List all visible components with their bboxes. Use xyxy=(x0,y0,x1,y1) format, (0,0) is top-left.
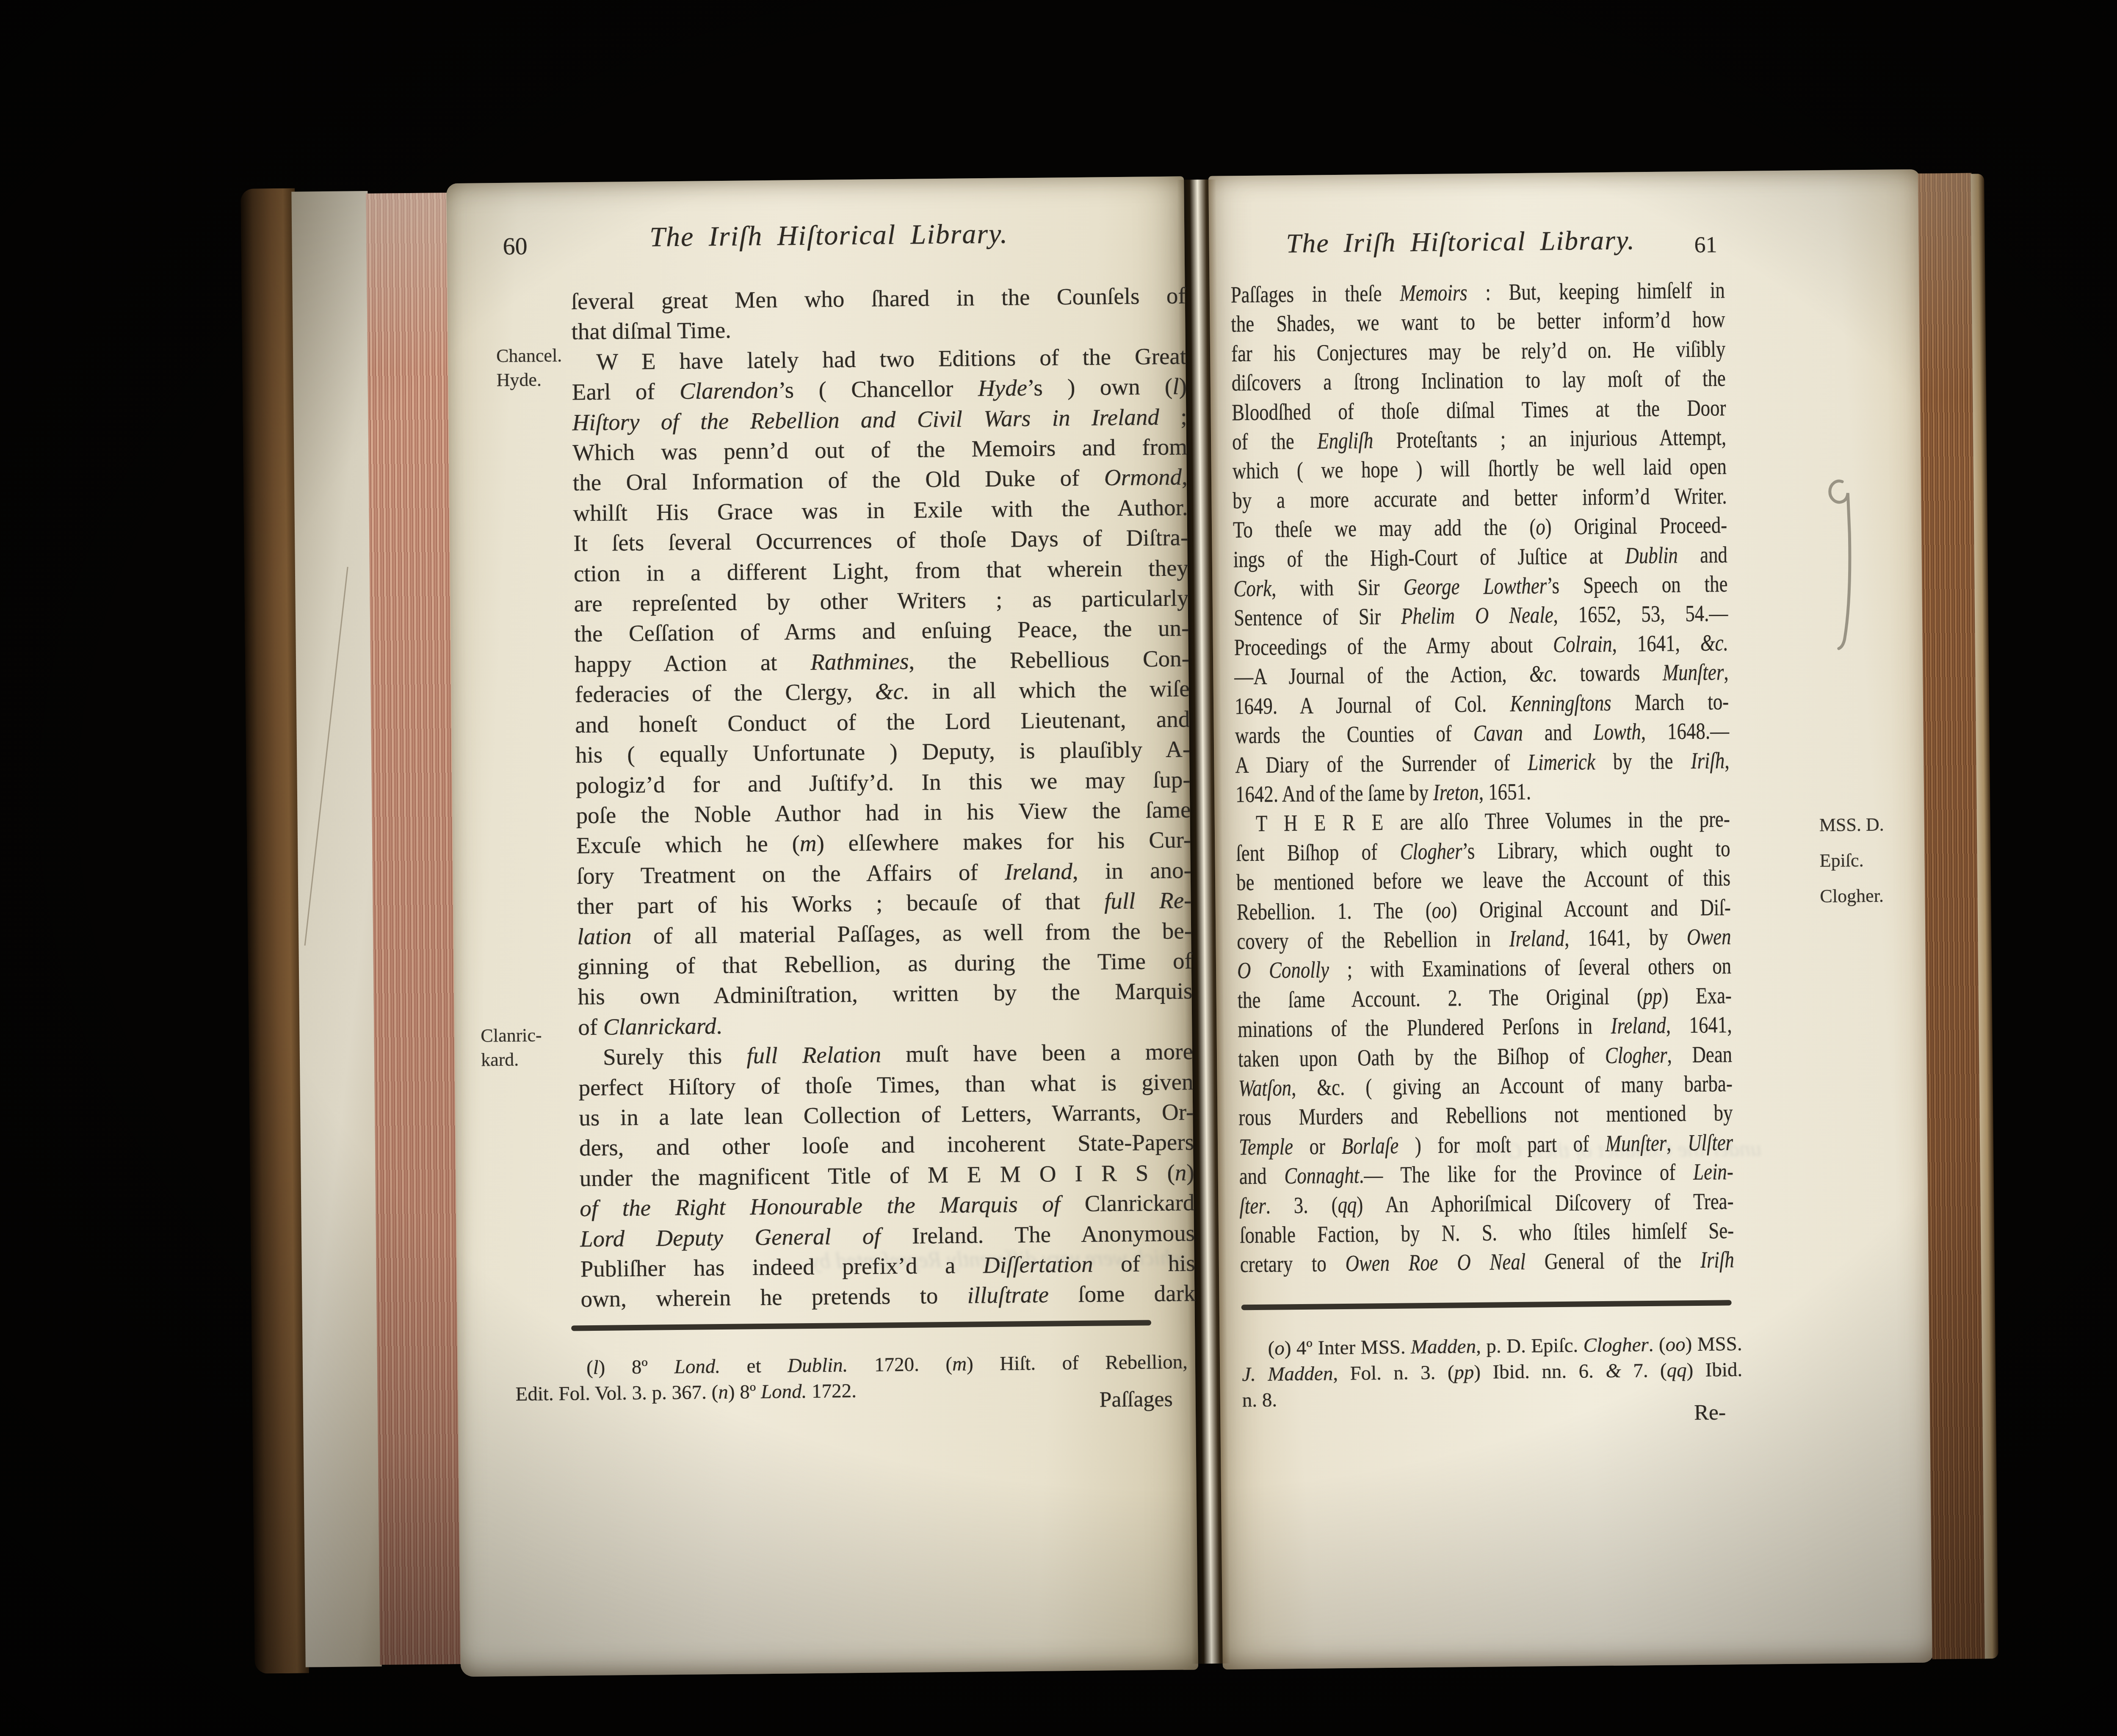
text-line: his own Adminiſtration, written by the M… xyxy=(578,976,1193,1012)
text-line: Rebellion. 1. The (oo) Original Account … xyxy=(1236,893,1731,927)
text-line: by a more accurate and better inform’d W… xyxy=(1233,481,1727,515)
text-line: O Conolly ; with Examinations of ſeveral… xyxy=(1237,951,1732,985)
text-line: ſent Biſhop of Clogher’s Library, which … xyxy=(1236,834,1730,868)
footnote-line: (o) 4º Inter MSS. Madden, p. D. Epiſc. C… xyxy=(1241,1331,1742,1362)
margin-note-line: Clanric- xyxy=(481,1023,542,1048)
running-title-right: The Iriſh Hiſtorical Library. xyxy=(1286,224,1635,259)
text-line: Excuſe which he (m) elſewhere makes for … xyxy=(576,825,1191,861)
text-line: T H E R E are alſo Three Volumes in the … xyxy=(1235,804,1730,838)
text-line: taken upon Oath by the Biſhop of Clogher… xyxy=(1238,1039,1733,1074)
text-line: A Diary of the Surrender of Limerick by … xyxy=(1235,746,1730,780)
text-line: the ſame Account. 2. The Original (pp) E… xyxy=(1237,981,1732,1015)
text-line: Sentence of Sir Phelim O Neale, 1652, 53… xyxy=(1234,599,1728,633)
text-line: ther part of his Works ; becauſe of that… xyxy=(577,885,1192,921)
text-line: ings of the High-Court of Juſtice at Dub… xyxy=(1233,540,1727,574)
footnote-line: J. Madden, Fol. n. 3. (pp) Ibid. nn. 6. … xyxy=(1242,1357,1743,1388)
text-line: Earl of Clarendon’s ( Chancellor Hyde’s … xyxy=(572,371,1187,407)
text-line: the Oral Information of the Old Duke of … xyxy=(573,462,1188,498)
page-number-left: 60 xyxy=(503,232,528,260)
handwritten-pencil-mark-9 xyxy=(1820,475,1856,660)
text-line: be mentioned before we leave the Account… xyxy=(1236,863,1731,897)
text-line: Proceedings of the Army about Colrain, 1… xyxy=(1234,628,1728,662)
text-line: own, wherein he pretends to illuſtrate ſ… xyxy=(580,1278,1196,1314)
margin-note: Chancel.Hyde. xyxy=(496,343,562,392)
photo-background: 60 The Iriſh Hiſtorical Library. Chancel… xyxy=(0,0,2117,1736)
margin-note-line: MSS. D. xyxy=(1819,807,1884,843)
text-line: Watſon, &c. ( giving an Account of many … xyxy=(1238,1069,1733,1103)
margin-note-line: Epiſc. xyxy=(1819,843,1885,879)
text-line: Temple or Borlaſe ) for moſt part of Mun… xyxy=(1239,1128,1733,1162)
margin-note: MSS. D.Epiſc.Clogher. xyxy=(1819,807,1885,914)
text-line: his ( equally Unfortunate ) Deputy, is p… xyxy=(575,734,1191,770)
margin-note: Clanric-kard. xyxy=(481,1023,542,1072)
margin-note-line: Chancel. xyxy=(496,343,562,368)
running-title-left: The Iriſh Hiſtorical Library. xyxy=(649,218,1008,253)
margin-note-line: Hyde. xyxy=(496,368,562,392)
text-line: —A Journal of the Action, &c. towards Mu… xyxy=(1234,657,1729,691)
text-line: Paſſages in theſe Memoirs : But, keeping… xyxy=(1230,275,1725,310)
margin-note-line: kard. xyxy=(481,1047,542,1072)
text-line: ders, and other looſe and incoherent Sta… xyxy=(579,1127,1194,1163)
catchword-right: Re- xyxy=(1242,1400,1726,1429)
text-line: far his Conjectures may be rely’d on. He… xyxy=(1231,334,1726,368)
text-line: Bloodſhed of thoſe diſmal Times at the D… xyxy=(1232,393,1726,427)
text-line: federacies of the Clergy, &c. in all whi… xyxy=(575,674,1190,710)
text-line: minations of the Plundered Perſons in Ir… xyxy=(1238,1010,1732,1044)
text-line: cretary to Owen Roe O Neal General of th… xyxy=(1240,1245,1734,1280)
text-line: covery of the Rebellion in Ireland, 1641… xyxy=(1237,922,1731,956)
page-number-right: 61 xyxy=(1694,231,1717,258)
text-line: the Ceſſation of Arms and enſuing Peace,… xyxy=(574,613,1189,649)
open-book: 60 The Iriſh Hiſtorical Library. Chancel… xyxy=(240,169,1998,1678)
text-line: diſcovers a ſtrong Inclination to lay mo… xyxy=(1231,363,1726,398)
text-line: 1649. A Journal of Col. Kenningſtons Mar… xyxy=(1235,687,1729,721)
text-line: the Shades, we want to be better inform’… xyxy=(1231,305,1725,339)
text-line: 1642. And of the ſame by Ireton, 1651. xyxy=(1235,775,1730,809)
text-line: and Connaght.— The like for the Province… xyxy=(1239,1157,1733,1191)
body-text-right: Paſſages in theſe Memoirs : But, keeping… xyxy=(1230,275,1734,1279)
text-line: ſonable Faction, by N. S. who ſtiles him… xyxy=(1240,1216,1734,1250)
text-line: pologiz’d for and Juſtify’d. In this we … xyxy=(575,764,1191,800)
text-line: of the Right Honourable the Marquis of C… xyxy=(580,1188,1195,1224)
text-line: It ſets ſeveral Occurrences of thoſe Day… xyxy=(573,522,1188,558)
text-line: Surely this full Relation muſt have been… xyxy=(578,1037,1194,1073)
text-line: lation of all material Paſſages, as well… xyxy=(577,915,1192,951)
text-line: which ( we hope ) will ſhortly be well l… xyxy=(1232,452,1727,486)
text-line: wards the Counties of Cavan and Lowth, 1… xyxy=(1235,716,1729,750)
text-line: of the Engliſh Proteſtants ; an injuriou… xyxy=(1232,422,1727,456)
margin-note-line: Clogher. xyxy=(1820,878,1885,914)
text-line: rous Murders and Rebellions not mentione… xyxy=(1238,1098,1733,1132)
text-line: Cork, with Sir George Lowther’s Speech o… xyxy=(1233,569,1728,603)
text-line: ſeveral great Men who ſhared in the Coun… xyxy=(571,280,1186,316)
text-line: To theſe we may add the (o) Original Pro… xyxy=(1233,510,1727,545)
body-text-left: ſeveral great Men who ſhared in the Coun… xyxy=(571,280,1195,1314)
text-line: ſter. 3. (qq) An Aphoriſmical Diſcovery … xyxy=(1239,1186,1734,1221)
